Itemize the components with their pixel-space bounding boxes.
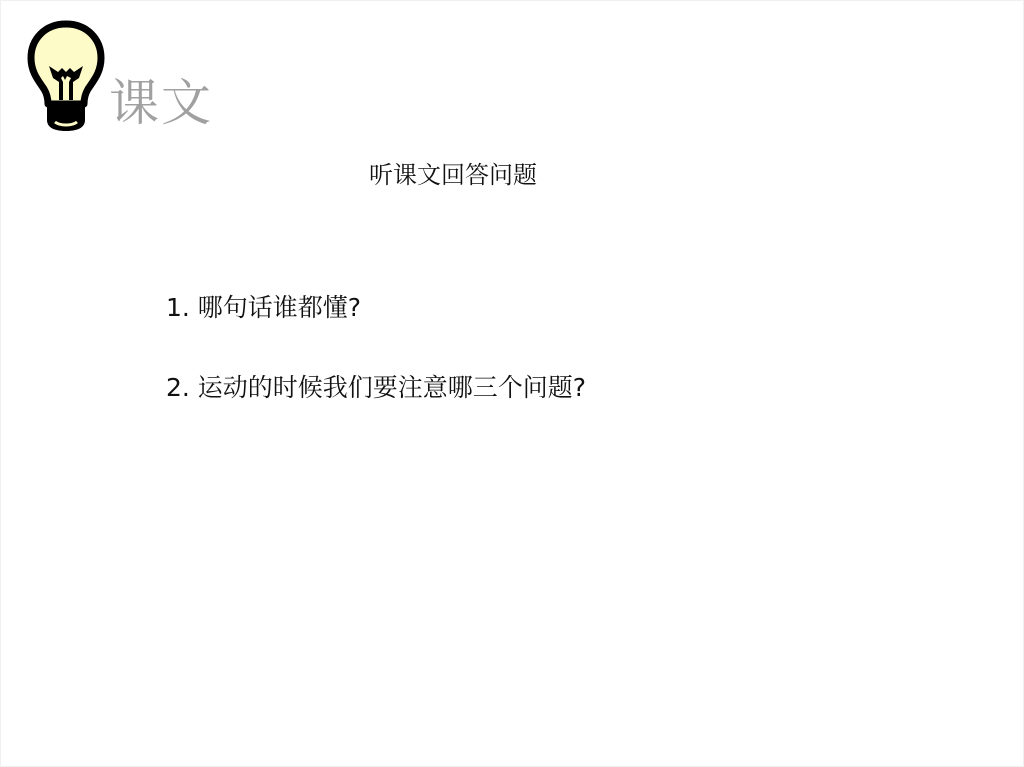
slide-heading: 课文 — [109, 71, 213, 135]
slide-subtitle: 听课文回答问题 — [369, 159, 537, 191]
question-2: 2. 运动的时候我们要注意哪三个问题? — [166, 371, 586, 405]
lightbulb-icon — [27, 20, 105, 134]
slide: 课文 听课文回答问题 1. 哪句话谁都懂? 2. 运动的时候我们要注意哪三个问题… — [0, 0, 1024, 767]
question-1: 1. 哪句话谁都懂? — [166, 291, 361, 325]
